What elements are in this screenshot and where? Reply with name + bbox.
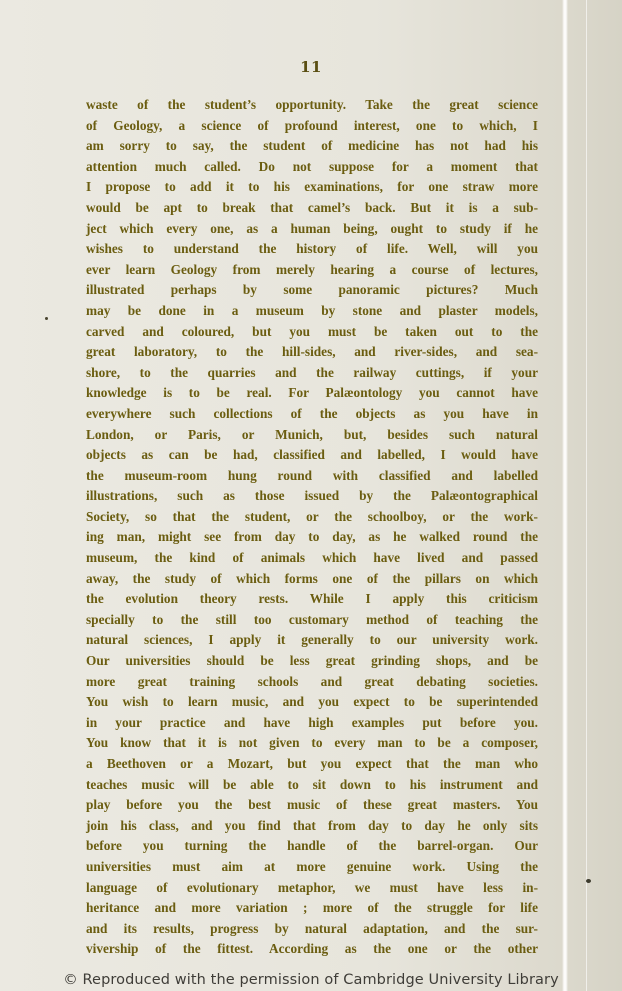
scan-speck: [45, 317, 48, 320]
text-line: You wish to learn music, and you expect …: [86, 692, 538, 713]
scan-artifact-line: [586, 0, 587, 991]
text-line: play before you the best music of these …: [86, 795, 538, 816]
text-line: waste of the student’s opportunity. Take…: [86, 95, 538, 116]
text-line: language of evolutionary metaphor, we mu…: [86, 878, 538, 899]
scan-speck: [586, 879, 591, 883]
text-line: objects as can be had, classified and la…: [86, 445, 538, 466]
text-line: natural sciences, I apply it generally t…: [86, 630, 538, 651]
page-body-text: waste of the student’s opportunity. Take…: [86, 95, 538, 960]
text-line: carved and coloured, but you must be tak…: [86, 322, 538, 343]
text-line: away, the study of which forms one of th…: [86, 569, 538, 590]
text-line: great laboratory, to the hill-sides, and…: [86, 342, 538, 363]
text-line: knowledge is to be real. For Palæontolog…: [86, 383, 538, 404]
text-line: attention much called. Do not suppose fo…: [86, 157, 538, 178]
text-line: shore, to the quarries and the railway c…: [86, 363, 538, 384]
text-line: museum, the kind of animals which have l…: [86, 548, 538, 569]
text-line: may be done in a museum by stone and pla…: [86, 301, 538, 322]
text-line: I propose to add it to his examinations,…: [86, 177, 538, 198]
text-line: London, or Paris, or Munich, but, beside…: [86, 425, 538, 446]
text-line: in your practice and have high examples …: [86, 713, 538, 734]
text-line: the evolution theory rests. While I appl…: [86, 589, 538, 610]
text-line: illustrated perhaps by some panoramic pi…: [86, 280, 538, 301]
text-line: ever learn Geology from merely hearing a…: [86, 260, 538, 281]
scanned-page: 11 waste of the student’s opportunity. T…: [0, 0, 622, 991]
text-line: heritance and more variation ; more of t…: [86, 898, 538, 919]
text-line: join his class, and you find that from d…: [86, 816, 538, 837]
text-line: You know that it is not given to every m…: [86, 733, 538, 754]
text-line: everywhere such collections of the objec…: [86, 404, 538, 425]
page-number: 11: [0, 58, 622, 76]
text-line: more great training schools and great de…: [86, 672, 538, 693]
text-line: universities must aim at more genuine wo…: [86, 857, 538, 878]
text-line: teaches music will be able to sit down t…: [86, 775, 538, 796]
text-line: would be apt to break that camel’s back.…: [86, 198, 538, 219]
text-line: Society, so that the student, or the sch…: [86, 507, 538, 528]
text-line: a Beethoven or a Mozart, but you expect …: [86, 754, 538, 775]
text-line: Our universities should be less great gr…: [86, 651, 538, 672]
text-line: the museum-room hung round with classifi…: [86, 466, 538, 487]
text-line: am sorry to say, the student of medicine…: [86, 136, 538, 157]
text-line: ing man, might see from day to day, as h…: [86, 527, 538, 548]
text-line: ject which every one, as a human being, …: [86, 219, 538, 240]
text-line: specially to the still too customary met…: [86, 610, 538, 631]
text-line: illustrations, such as those issued by t…: [86, 486, 538, 507]
text-line: of Geology, a science of profound intere…: [86, 116, 538, 137]
copyright-notice: © Reproduced with the permission of Camb…: [0, 972, 622, 988]
text-line: and its results, progress by natural ada…: [86, 919, 538, 940]
text-line: wishes to understand the history of life…: [86, 239, 538, 260]
text-line: vivership of the fittest. According as t…: [86, 939, 538, 960]
text-line: before you turning the handle of the bar…: [86, 836, 538, 857]
